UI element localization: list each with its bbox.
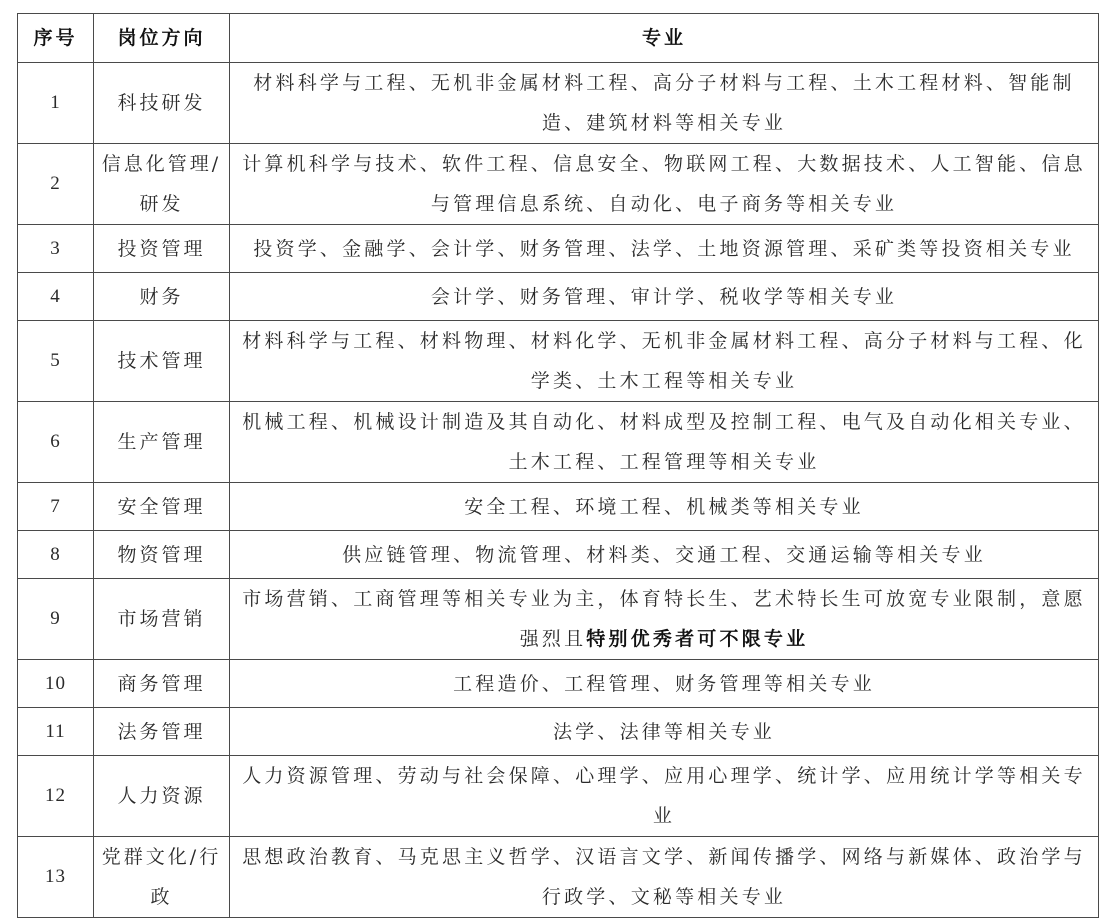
cell-position: 党群文化/行政 bbox=[94, 837, 230, 883]
cell-position: 人力资源 bbox=[94, 756, 230, 837]
cell-number: 6 bbox=[18, 402, 94, 483]
cell-number: 5 bbox=[18, 321, 94, 402]
position-majors-table: 序号 岗位方向 专业 1 科技研发 材料科学与工程、无机非金属材料工程、高分子材… bbox=[17, 13, 1099, 882]
header-major: 专业 bbox=[230, 14, 1099, 63]
cell-number: 3 bbox=[18, 225, 94, 273]
majors-table-container: 序号 岗位方向 专业 1 科技研发 材料科学与工程、无机非金属材料工程、高分子材… bbox=[17, 13, 1098, 882]
cell-position: 生产管理 bbox=[94, 402, 230, 483]
cell-number: 13 bbox=[18, 837, 94, 883]
table-row: 3 投资管理 投资学、金融学、会计学、财务管理、法学、土地资源管理、采矿类等投资… bbox=[18, 225, 1099, 273]
cell-position: 商务管理 bbox=[94, 660, 230, 708]
cell-position: 市场营销 bbox=[94, 579, 230, 660]
cell-number: 10 bbox=[18, 660, 94, 708]
table-row: 5 技术管理 材料科学与工程、材料物理、材料化学、无机非金属材料工程、高分子材料… bbox=[18, 321, 1099, 402]
cell-position: 安全管理 bbox=[94, 483, 230, 531]
header-position: 岗位方向 bbox=[94, 14, 230, 63]
cell-number: 8 bbox=[18, 531, 94, 579]
table-row: 2 信息化管理/研发 计算机科学与技术、软件工程、信息安全、物联网工程、大数据技… bbox=[18, 144, 1099, 225]
cell-number: 2 bbox=[18, 144, 94, 225]
cell-major: 思想政治教育、马克思主义哲学、汉语言文学、新闻传播学、网络与新媒体、政治学与行政… bbox=[230, 837, 1099, 883]
cell-position: 法务管理 bbox=[94, 708, 230, 756]
cell-number: 7 bbox=[18, 483, 94, 531]
cell-major: 工程造价、工程管理、财务管理等相关专业 bbox=[230, 660, 1099, 708]
cell-number: 9 bbox=[18, 579, 94, 660]
table-row: 9 市场营销 市场营销、工商管理等相关专业为主，体育特长生、艺术特长生可放宽专业… bbox=[18, 579, 1099, 660]
cell-position: 技术管理 bbox=[94, 321, 230, 402]
cell-major: 市场营销、工商管理等相关专业为主，体育特长生、艺术特长生可放宽专业限制，意愿强烈… bbox=[230, 579, 1099, 660]
cell-major: 机械工程、机械设计制造及其自动化、材料成型及控制工程、电气及自动化相关专业、土木… bbox=[230, 402, 1099, 483]
table-row: 8 物资管理 供应链管理、物流管理、材料类、交通工程、交通运输等相关专业 bbox=[18, 531, 1099, 579]
table-row: 10 商务管理 工程造价、工程管理、财务管理等相关专业 bbox=[18, 660, 1099, 708]
cell-major: 人力资源管理、劳动与社会保障、心理学、应用心理学、统计学、应用统计学等相关专业 bbox=[230, 756, 1099, 837]
cell-position: 信息化管理/研发 bbox=[94, 144, 230, 225]
cell-major: 安全工程、环境工程、机械类等相关专业 bbox=[230, 483, 1099, 531]
cell-major: 计算机科学与技术、软件工程、信息安全、物联网工程、大数据技术、人工智能、信息与管… bbox=[230, 144, 1099, 225]
cell-position: 科技研发 bbox=[94, 63, 230, 144]
table-row: 11 法务管理 法学、法律等相关专业 bbox=[18, 708, 1099, 756]
cell-major: 材料科学与工程、材料物理、材料化学、无机非金属材料工程、高分子材料与工程、化学类… bbox=[230, 321, 1099, 402]
cell-number: 4 bbox=[18, 273, 94, 321]
table-row: 1 科技研发 材料科学与工程、无机非金属材料工程、高分子材料与工程、土木工程材料… bbox=[18, 63, 1099, 144]
table-row: 6 生产管理 机械工程、机械设计制造及其自动化、材料成型及控制工程、电气及自动化… bbox=[18, 402, 1099, 483]
cell-number: 12 bbox=[18, 756, 94, 837]
major-emphasis-text: 特别优秀者可不限专业 bbox=[586, 628, 808, 650]
table-header-row: 序号 岗位方向 专业 bbox=[18, 14, 1099, 63]
table-row: 7 安全管理 安全工程、环境工程、机械类等相关专业 bbox=[18, 483, 1099, 531]
cell-major: 法学、法律等相关专业 bbox=[230, 708, 1099, 756]
header-serial-number: 序号 bbox=[18, 14, 94, 63]
cell-number: 11 bbox=[18, 708, 94, 756]
cell-major: 材料科学与工程、无机非金属材料工程、高分子材料与工程、土木工程材料、智能制造、建… bbox=[230, 63, 1099, 144]
cell-number: 1 bbox=[18, 63, 94, 144]
cell-major: 供应链管理、物流管理、材料类、交通工程、交通运输等相关专业 bbox=[230, 531, 1099, 579]
cell-major: 会计学、财务管理、审计学、税收学等相关专业 bbox=[230, 273, 1099, 321]
cell-major: 投资学、金融学、会计学、财务管理、法学、土地资源管理、采矿类等投资相关专业 bbox=[230, 225, 1099, 273]
cell-position: 投资管理 bbox=[94, 225, 230, 273]
table-row: 13 党群文化/行政 思想政治教育、马克思主义哲学、汉语言文学、新闻传播学、网络… bbox=[18, 837, 1099, 883]
cell-position: 财务 bbox=[94, 273, 230, 321]
table-row: 4 财务 会计学、财务管理、审计学、税收学等相关专业 bbox=[18, 273, 1099, 321]
table-row: 12 人力资源 人力资源管理、劳动与社会保障、心理学、应用心理学、统计学、应用统… bbox=[18, 756, 1099, 837]
cell-position: 物资管理 bbox=[94, 531, 230, 579]
